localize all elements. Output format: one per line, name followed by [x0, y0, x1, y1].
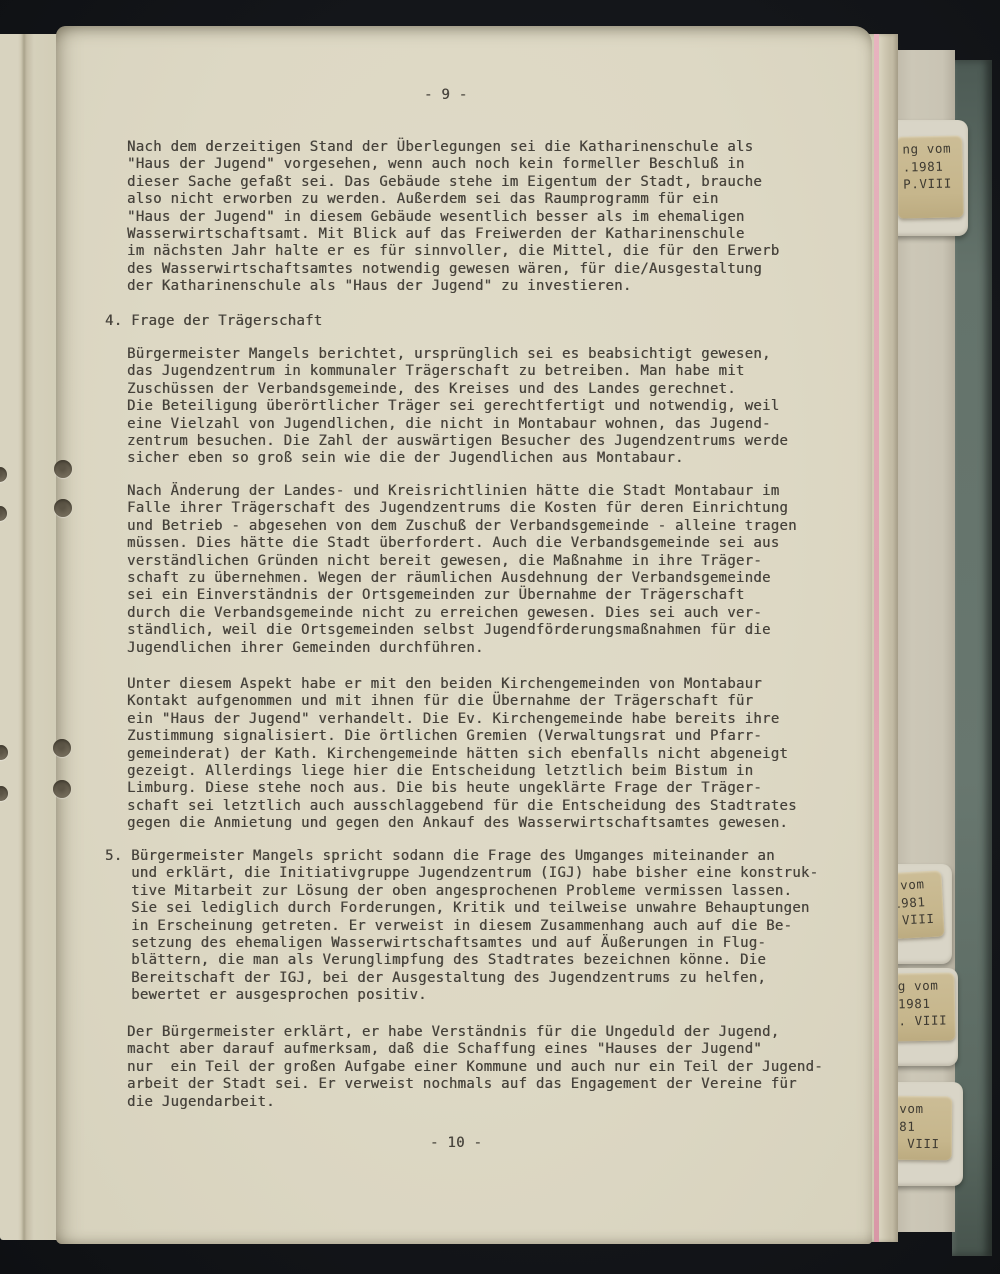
section-4-paragraph-2: Nach Änderung der Landes- und Kreisricht… [127, 483, 797, 657]
section-4-paragraph-3: Unter diesem Aspekt habe er mit den beid… [127, 676, 797, 833]
section-5-paragraph-2: Der Bürgermeister erklärt, er habe Verst… [127, 1024, 823, 1111]
punch-hole [53, 739, 71, 757]
section-4-paragraph-1: Bürgermeister Mangels berichtet, ursprün… [127, 346, 788, 468]
section-4-heading: 4. Frage der Trägerschaft [105, 313, 322, 330]
page-number-top: - 9 - [424, 87, 468, 104]
scanned-book-page: ng vom .1981 P.VIII g vom 1981 . VIII ng… [0, 0, 1000, 1274]
punch-hole [54, 460, 72, 478]
punch-hole [54, 499, 72, 517]
punch-hole [53, 780, 71, 798]
book-cover-edge [952, 60, 992, 1256]
underlying-page-edge-left [0, 34, 58, 1240]
section-5-paragraph-1: 5. Bürgermeister Mangels spricht sodann … [105, 848, 818, 1005]
page-number-bottom: - 10 - [430, 1135, 482, 1152]
intro-paragraph: Nach dem derzeitigen Stand der Überlegun… [127, 139, 779, 296]
tab-sticker-1: ng vom .1981 P.VIII [896, 135, 964, 218]
pink-sheet-edge [874, 34, 879, 1242]
